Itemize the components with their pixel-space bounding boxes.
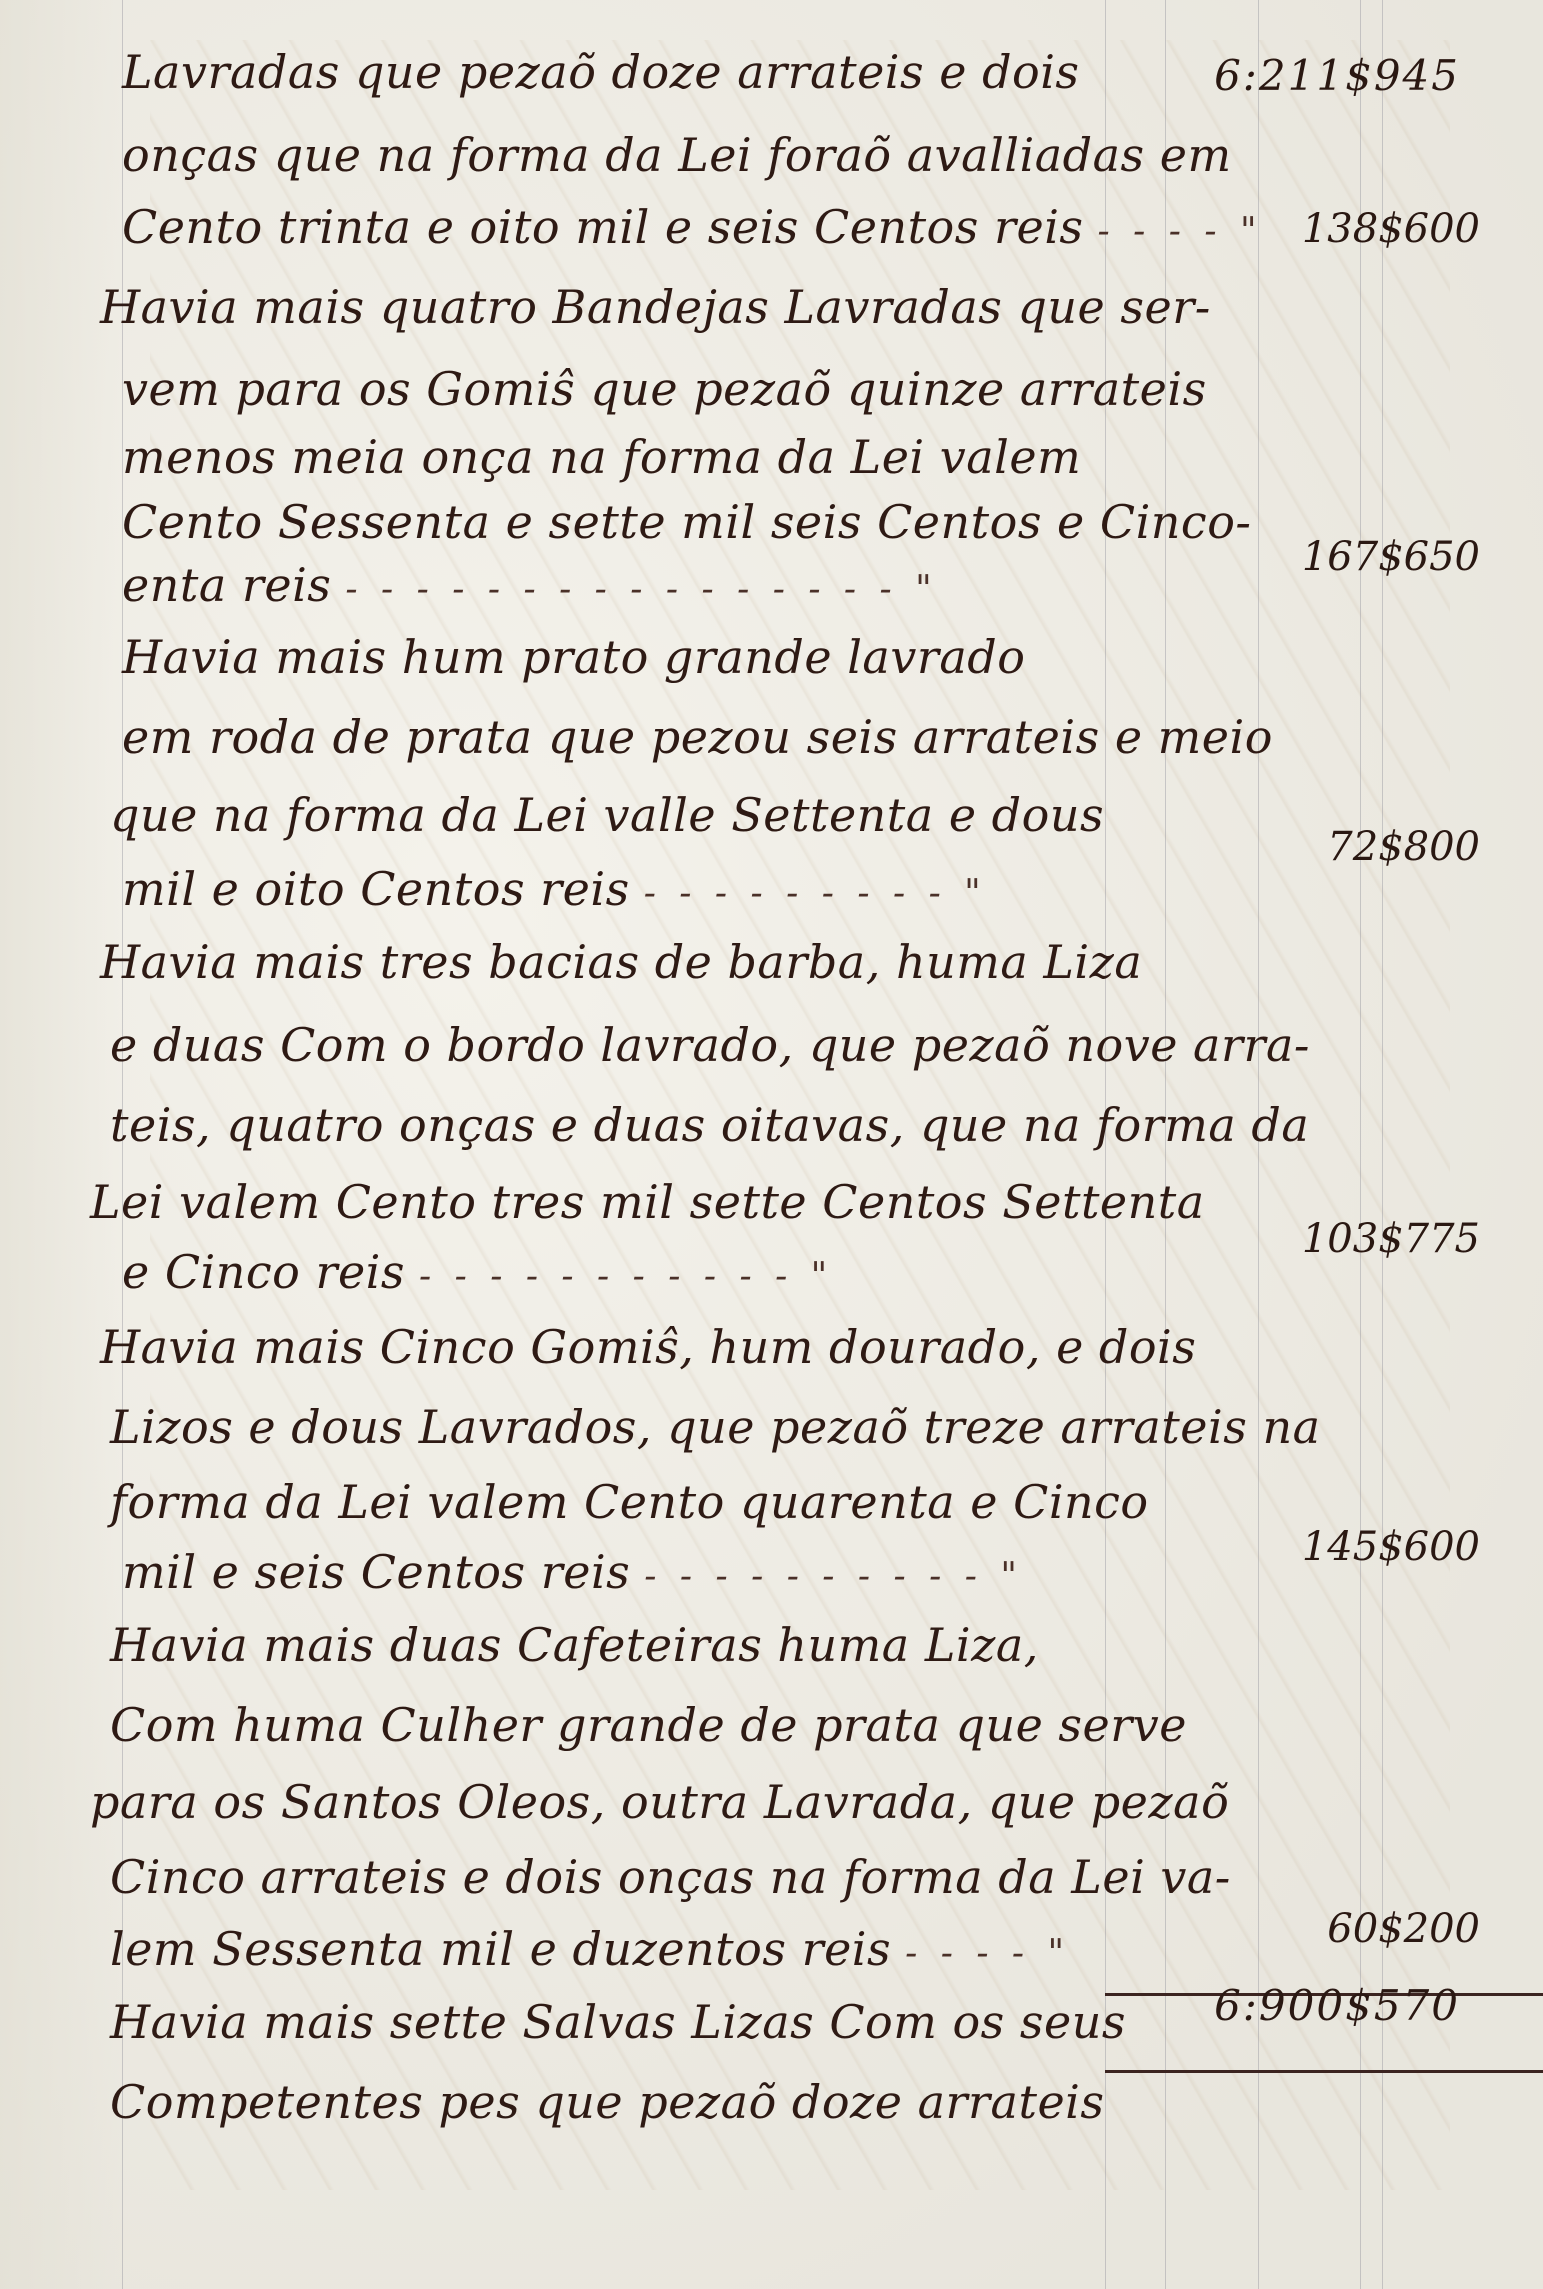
ledger-line: e duas Com o bordo lavrado, que pezaõ no… (110, 1022, 1310, 1068)
ledger-page: Lavradas que pezaõ doze arrateis e doiso… (0, 0, 1543, 2289)
ledger-line: Cento Sessenta e sette mil seis Centos e… (122, 499, 1251, 545)
line-text: Havia mais sette Salvas Lizas Com os seu… (110, 1995, 1126, 2049)
line-text: Havia mais duas Cafeteiras huma Liza, (110, 1618, 1039, 1672)
line-amount: 138$600 (1180, 206, 1480, 252)
line-text: Cento Sessenta e sette mil seis Centos e… (122, 495, 1251, 549)
line-text: Havia mais quatro Bandejas Lavradas que … (100, 280, 1211, 334)
dash-filler: - - - - - - - - - " (644, 873, 987, 914)
ledger-line: Lavradas que pezaõ doze arrateis e dois (122, 49, 1080, 95)
total-amount: 6:211$945 (1160, 51, 1460, 100)
line-text: em roda de prata que pezou seis arrateis… (122, 710, 1273, 764)
ledger-line: Competentes pes que pezaõ doze arrateis (110, 2079, 1104, 2125)
ledger-line: enta reis- - - - - - - - - - - - - - - -… (122, 562, 938, 610)
ledger-line: mil e seis Centos reis- - - - - - - - - … (122, 1549, 1023, 1597)
line-text: Havia mais Cinco Gomiŝ, hum dourado, e d… (100, 1320, 1196, 1374)
ledger-line: Havia mais hum prato grande lavrado (122, 634, 1025, 680)
ledger-line: que na forma da Lei valle Settenta e dou… (110, 792, 1104, 838)
line-text: para os Santos Oleos, outra Lavrada, que… (90, 1775, 1229, 1829)
line-text: Competentes pes que pezaõ doze arrateis (110, 2075, 1104, 2129)
ledger-line: Cento trinta e oito mil e seis Centos re… (122, 204, 1263, 252)
line-amount: 145$600 (1180, 1524, 1480, 1570)
ledger-line: Lizos e dous Lavrados, que pezaõ treze a… (110, 1404, 1321, 1450)
ledger-line: mil e oito Centos reis- - - - - - - - - … (122, 866, 987, 914)
ledger-line: menos meia onça na forma da Lei valem (122, 434, 1081, 480)
line-text: Com huma Culher grande de prata que serv… (110, 1698, 1187, 1752)
ledger-line: Havia mais duas Cafeteiras huma Liza, (110, 1622, 1039, 1668)
line-text: e duas Com o bordo lavrado, que pezaõ no… (110, 1018, 1310, 1072)
ledger-line: teis, quatro onças e duas oitavas, que n… (110, 1102, 1309, 1148)
line-text: mil e seis Centos reis (122, 1545, 630, 1599)
ledger-line: Havia mais tres bacias de barba, huma Li… (100, 939, 1142, 985)
dash-filler: - - - - - - - - - - - - - - - - " (345, 569, 937, 610)
ledger-line: Havia mais Cinco Gomiŝ, hum dourado, e d… (100, 1324, 1196, 1370)
line-text: forma da Lei valem Cento quarenta e Cinc… (110, 1475, 1149, 1529)
ledger-body: Lavradas que pezaõ doze arrateis e doiso… (0, 0, 1543, 2289)
total-amount: 6:900$570 (1160, 1981, 1460, 2030)
ledger-line: vem para os Gomiŝ que pezaõ quinze arrat… (122, 366, 1207, 412)
ledger-line: em roda de prata que pezou seis arrateis… (122, 714, 1273, 760)
line-text: menos meia onça na forma da Lei valem (122, 430, 1081, 484)
ledger-line: Lei valem Cento tres mil sette Centos Se… (90, 1179, 1205, 1225)
ledger-line: onças que na forma da Lei foraõ avalliad… (122, 132, 1232, 178)
line-text: lem Sessenta mil e duzentos reis (110, 1922, 891, 1976)
ledger-line: Havia mais sette Salvas Lizas Com os seu… (110, 1999, 1126, 2045)
dash-filler: - - - - - - - - - - " (644, 1556, 1023, 1597)
line-text: Cinco arrateis e dois onças na forma da … (110, 1850, 1231, 1904)
line-text: Havia mais hum prato grande lavrado (122, 630, 1025, 684)
ledger-line: lem Sessenta mil e duzentos reis- - - - … (110, 1926, 1070, 1974)
ledger-line: forma da Lei valem Cento quarenta e Cinc… (110, 1479, 1149, 1525)
line-text: que na forma da Lei valle Settenta e dou… (110, 788, 1104, 842)
dash-filler: - - - - " (905, 1933, 1070, 1974)
line-amount: 72$800 (1180, 824, 1480, 870)
line-amount: 167$650 (1180, 534, 1480, 580)
line-text: enta reis (122, 558, 331, 612)
line-amount: 103$775 (1180, 1216, 1480, 1262)
ledger-line: Havia mais quatro Bandejas Lavradas que … (100, 284, 1211, 330)
line-text: Lizos e dous Lavrados, que pezaõ treze a… (110, 1400, 1321, 1454)
dash-filler: - - - - - - - - - - - " (419, 1256, 833, 1297)
ledger-line: Cinco arrateis e dois onças na forma da … (110, 1854, 1231, 1900)
line-text: Cento trinta e oito mil e seis Centos re… (122, 200, 1084, 254)
line-text: mil e oito Centos reis (122, 862, 630, 916)
line-text: Havia mais tres bacias de barba, huma Li… (100, 935, 1142, 989)
ledger-line: Com huma Culher grande de prata que serv… (110, 1702, 1187, 1748)
line-text: Lei valem Cento tres mil sette Centos Se… (90, 1175, 1205, 1229)
line-text: teis, quatro onças e duas oitavas, que n… (110, 1098, 1309, 1152)
line-text: onças que na forma da Lei foraõ avalliad… (122, 128, 1232, 182)
line-amount: 60$200 (1180, 1906, 1480, 1952)
line-text: vem para os Gomiŝ que pezaõ quinze arrat… (122, 362, 1207, 416)
line-text: e Cinco reis (122, 1245, 405, 1299)
ledger-line: e Cinco reis- - - - - - - - - - - " (122, 1249, 833, 1297)
ledger-line: para os Santos Oleos, outra Lavrada, que… (90, 1779, 1229, 1825)
line-text: Lavradas que pezaõ doze arrateis e dois (122, 45, 1080, 99)
